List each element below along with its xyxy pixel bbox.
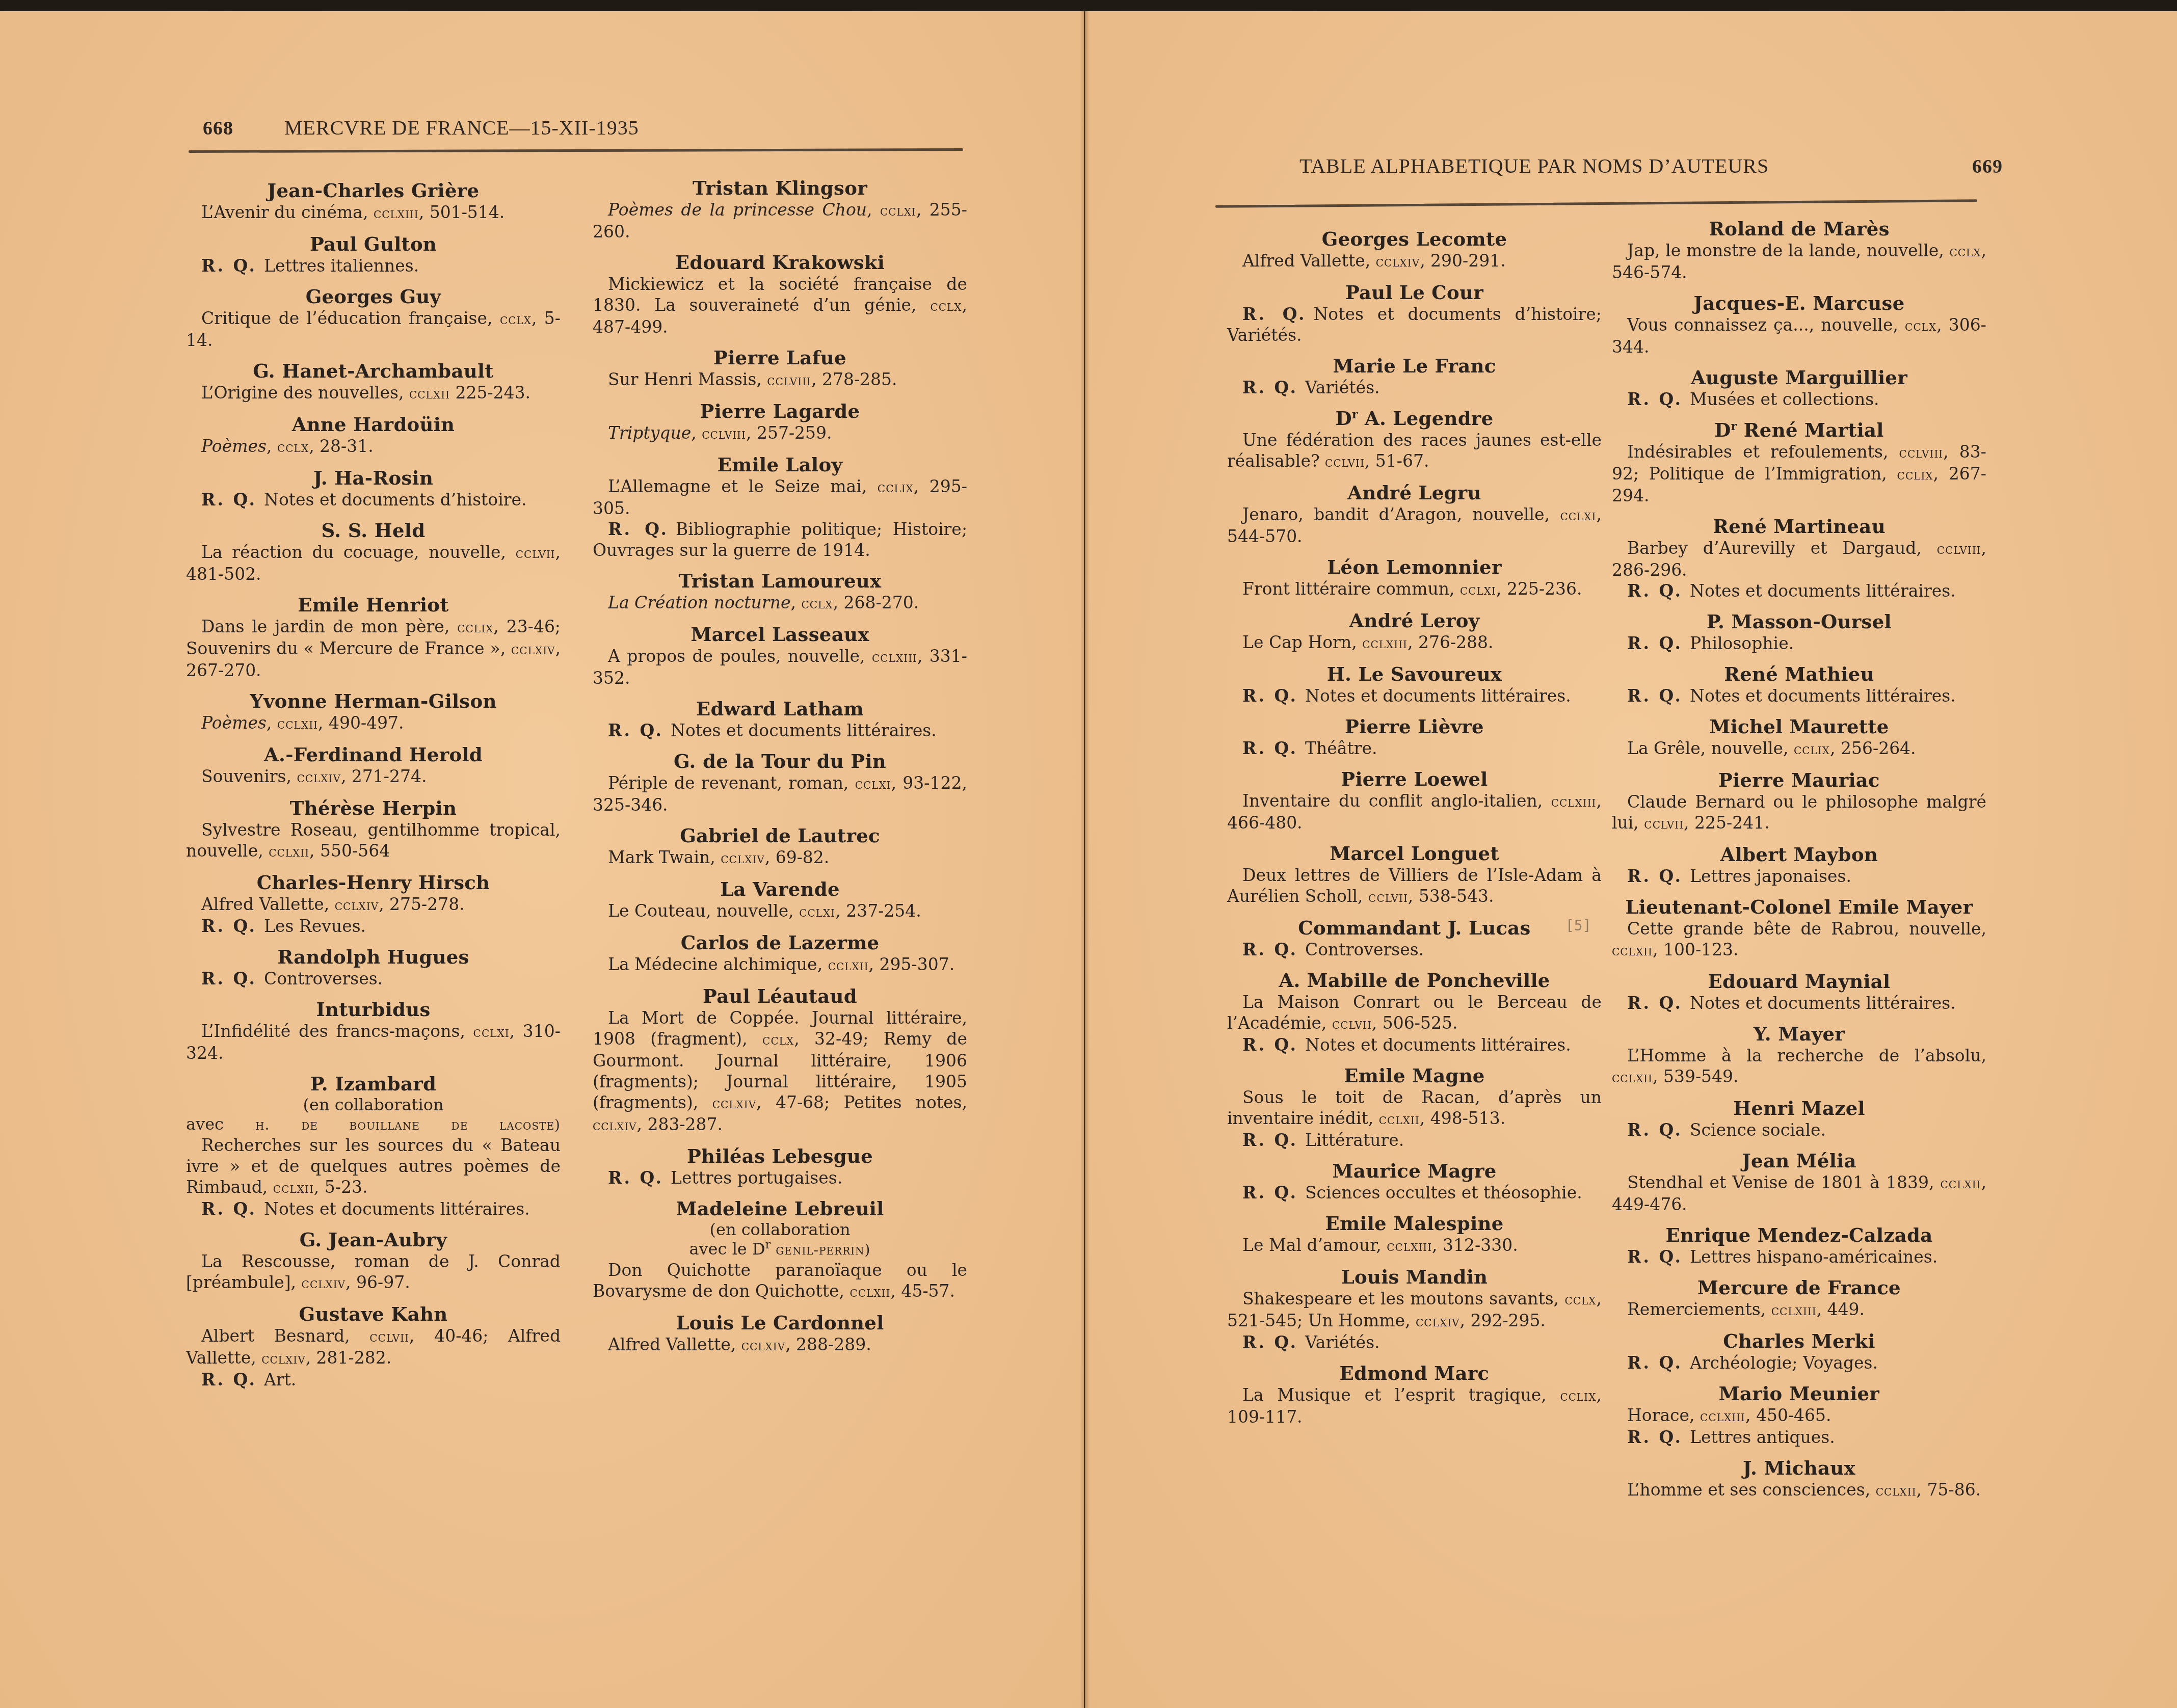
author-entry: InturbidusL’Infidélité des francs-maçons… bbox=[186, 998, 561, 1063]
volume-number: cclxi bbox=[473, 1024, 510, 1040]
volume-number: cclxiii bbox=[872, 649, 917, 665]
volume-number: cclviii bbox=[767, 372, 811, 389]
author-entry: Marie Le FrancR. Q.Variétés. bbox=[1227, 355, 1602, 398]
author-entry: Edouard MaynialR. Q.Notes et documents l… bbox=[1612, 970, 1986, 1013]
author-name: G. Jean-Aubry bbox=[186, 1229, 561, 1251]
author-name: Charles Merki bbox=[1612, 1330, 1986, 1352]
author-entry: Gabriel de LautrecMark Twain, cclxiv, 69… bbox=[593, 824, 967, 869]
author-name: Albert Maybon bbox=[1612, 843, 1986, 866]
rubrique-reference: R. Q.Sciences occultes et théosophie. bbox=[1227, 1182, 1602, 1203]
volume-number: cclxiii bbox=[1387, 1238, 1432, 1255]
article-reference: L’homme et ses consciences, cclxii, 75-8… bbox=[1612, 1479, 1986, 1501]
author-name: Pierre Lièvre bbox=[1227, 715, 1602, 738]
article-reference: La Maison Conrart ou le Berceau de l’Aca… bbox=[1227, 992, 1602, 1034]
volume-number: cclx bbox=[1564, 1291, 1596, 1308]
article-reference: Poèmes, cclx, 28-31. bbox=[186, 436, 561, 458]
rubrique-reference: R. Q.Musées et collections. bbox=[1612, 389, 1986, 410]
author-name: Dr René Martial bbox=[1612, 419, 1986, 441]
rq-label: R. Q. bbox=[201, 1199, 257, 1219]
index-column: Georges LecomteAlfred Vallette, cclxiv, … bbox=[1227, 228, 1602, 1436]
article-reference: La Médecine alchimique, cclxii, 295-307. bbox=[593, 954, 967, 976]
volume-number: cclxiv bbox=[1376, 253, 1420, 270]
volume-number: cclix bbox=[878, 479, 914, 496]
rq-label: R. Q. bbox=[1627, 389, 1683, 409]
author-entry: Anne HardoüinPoèmes, cclx, 28-31. bbox=[186, 413, 561, 458]
rubrique-reference: R. Q.Archéologie; Voyages. bbox=[1612, 1352, 1986, 1373]
author-name: Michel Maurette bbox=[1612, 715, 1986, 738]
article-reference: Triptyque, cclviii, 257-259. bbox=[593, 422, 967, 444]
rubrique-reference: R. Q.Notes et documents littéraires. bbox=[1612, 580, 1986, 601]
volume-number: cclvii bbox=[1325, 453, 1365, 470]
volume-number: cclxiv bbox=[302, 1275, 346, 1292]
volume-number: cclvii bbox=[516, 545, 555, 562]
running-title: MERCVRE DE FRANCE—15-XII-1935 bbox=[284, 116, 962, 140]
rubrique-reference: R. Q.Philosophie. bbox=[1612, 633, 1986, 654]
author-entry: J. Ha-RosinR. Q.Notes et documents d’his… bbox=[186, 467, 561, 510]
author-entry: Emile MalespineLe Mal d’amour, cclxiii, … bbox=[1227, 1212, 1602, 1257]
author-entry: Pierre LoewelInventaire du conflit anglo… bbox=[1227, 768, 1602, 833]
author-entry: Léon LemonnierFront littéraire commun, c… bbox=[1227, 556, 1602, 600]
article-reference: Inventaire du conflit anglo-italien, ccl… bbox=[1227, 790, 1602, 833]
author-entry: Edward LathamR. Q.Notes et documents lit… bbox=[593, 698, 967, 741]
article-reference: L’Homme à la recherche de l’absolu, cclx… bbox=[1612, 1045, 1986, 1088]
rq-label: R. Q. bbox=[1242, 1035, 1298, 1055]
rubrique-reference: R. Q.Notes et documents d’histoire; Vari… bbox=[1227, 304, 1602, 345]
rubrique-reference: R. Q.Lettres hispano-américaines. bbox=[1612, 1246, 1986, 1267]
author-name: Tristan Lamoureux bbox=[593, 570, 967, 592]
author-name: Emile Laloy bbox=[593, 453, 967, 476]
volume-number: cclx bbox=[930, 298, 962, 314]
volume-number: cclxiv bbox=[261, 1350, 305, 1367]
author-entry: Marcel LonguetDeux lettres de Villiers d… bbox=[1227, 842, 1602, 908]
volume-number: cclx bbox=[801, 595, 833, 612]
rubrique-reference: R. Q.Lettres portugaises. bbox=[593, 1167, 967, 1188]
author-name: J. Michaux bbox=[1612, 1457, 1986, 1479]
article-reference: Stendhal et Venise de 1801 à 1839, cclxi… bbox=[1612, 1172, 1986, 1215]
volume-number: cclx bbox=[1949, 243, 1981, 260]
article-reference: Barbey d’Aurevilly et Dargaud, cclviii, … bbox=[1612, 538, 1986, 580]
article-reference: Poèmes de la princesse Chou, cclxi, 255-… bbox=[593, 199, 967, 242]
author-entry: Randolph HuguesR. Q.Controverses. bbox=[186, 946, 561, 989]
author-name: Edouard Maynial bbox=[1612, 970, 1986, 993]
article-reference: La Grêle, nouvelle, cclix, 256-264. bbox=[1612, 738, 1986, 760]
article-reference: Une fédération des races jaunes est-elle… bbox=[1227, 430, 1602, 472]
volume-number: cclxi bbox=[799, 903, 835, 920]
author-name: Roland de Marès bbox=[1612, 218, 1986, 240]
volume-number: cclxii bbox=[277, 715, 318, 732]
author-name: Paul Léautaud bbox=[593, 985, 967, 1007]
volume-number: cclxii bbox=[273, 1180, 314, 1196]
author-name: Tristan Klingsor bbox=[593, 177, 967, 199]
volume-number: cclxiv bbox=[741, 1337, 785, 1354]
book-spread: 668 MERCVRE DE FRANCE—15-XII-1935 Jean-C… bbox=[0, 11, 2177, 1708]
volume-number: cclvii bbox=[1368, 889, 1408, 905]
article-reference: Shakespeare et les moutons savants, cclx… bbox=[1227, 1288, 1602, 1332]
rubrique-reference: R. Q.Art. bbox=[186, 1369, 561, 1390]
volume-number: cclxiv bbox=[712, 1095, 756, 1112]
rubrique-reference: R. Q.Notes et documents littéraires. bbox=[1227, 1034, 1602, 1055]
article-reference: L’Allemagne et le Seize mai, cclix, 295-… bbox=[593, 476, 967, 519]
volume-number: cclxi bbox=[880, 202, 916, 219]
index-column: Roland de MarèsJap, le monstre de la lan… bbox=[1612, 218, 1986, 1510]
article-reference: A propos de poules, nouvelle, cclxiii, 3… bbox=[593, 646, 967, 688]
article-reference: Claude Bernard ou le philosophe malgré l… bbox=[1612, 791, 1986, 834]
author-name: Mercure de France bbox=[1612, 1276, 1986, 1299]
page-number: 668 bbox=[203, 117, 233, 140]
author-entry: H. Le SavoureuxR. Q.Notes et documents l… bbox=[1227, 663, 1602, 706]
author-entry: Madeleine Lebreuil(en collaborationavec … bbox=[593, 1197, 967, 1302]
work-title: Poèmes bbox=[201, 436, 267, 456]
article-reference: Vous connaissez ça..., nouvelle, cclx, 3… bbox=[1612, 314, 1986, 357]
author-entry: Tristan KlingsorPoèmes de la princesse C… bbox=[593, 177, 967, 242]
author-entry: Georges LecomteAlfred Vallette, cclxiv, … bbox=[1227, 228, 1602, 272]
author-entry: A.-Ferdinand HeroldSouvenirs, cclxiv, 27… bbox=[186, 743, 561, 788]
volume-number: cclix bbox=[1794, 741, 1830, 758]
book-gutter bbox=[1080, 11, 1090, 1708]
article-reference: Albert Besnard, cclvii, 40-46; Alfred Va… bbox=[186, 1325, 561, 1369]
author-name: Gabriel de Lautrec bbox=[593, 824, 967, 847]
author-entry: Yvonne Herman-GilsonPoèmes, cclxii, 490-… bbox=[186, 690, 561, 734]
rq-label: R. Q. bbox=[608, 720, 663, 740]
author-name: René Mathieu bbox=[1612, 663, 1986, 685]
volume-number: cclxi bbox=[1560, 507, 1596, 524]
author-entry: Philéas LebesgueR. Q.Lettres portugaises… bbox=[593, 1145, 967, 1188]
author-entry: Tristan LamoureuxLa Création nocturne, c… bbox=[593, 570, 967, 614]
author-entry: Pierre LafueSur Henri Massis, cclviii, 2… bbox=[593, 346, 967, 391]
author-name: S. S. Held bbox=[186, 519, 561, 542]
rq-label: R. Q. bbox=[1627, 581, 1683, 601]
volume-number: cclxiii bbox=[1551, 793, 1597, 810]
article-reference: Critique de l’éducation française, cclx,… bbox=[186, 308, 561, 351]
article-reference: Front littéraire commun, cclxi, 225-236. bbox=[1227, 578, 1602, 600]
author-name: A. Mabille de Poncheville bbox=[1227, 969, 1602, 992]
work-title: La Création nocturne bbox=[608, 593, 790, 612]
author-entry: Dr René MartialIndésirables et refouleme… bbox=[1612, 419, 1986, 506]
rubrique-reference: R. Q.Notes et documents littéraires. bbox=[1612, 993, 1986, 1013]
rq-label: R. Q. bbox=[1242, 1130, 1298, 1150]
author-entry: Lieutenant-Colonel Emile MayerCette gran… bbox=[1612, 896, 1986, 961]
author-entry: Dr A. LegendreUne fédération des races j… bbox=[1227, 407, 1602, 472]
author-name: Paul Gulton bbox=[186, 233, 561, 255]
rq-label: R. Q. bbox=[1627, 1247, 1683, 1267]
author-name: Léon Lemonnier bbox=[1227, 556, 1602, 578]
volume-number: cclxi bbox=[855, 776, 891, 792]
article-reference: L’Avenir du cinéma, cclxiii, 501-514. bbox=[186, 202, 561, 224]
author-entry: André LegruJenaro, bandit d’Aragon, nouv… bbox=[1227, 482, 1602, 547]
rq-label: R. Q. bbox=[1627, 866, 1683, 886]
author-name: Marcel Longuet bbox=[1227, 842, 1602, 865]
article-reference: Alfred Vallette, cclxiv, 290-291. bbox=[1227, 250, 1602, 272]
volume-number: cclix bbox=[1560, 1387, 1596, 1404]
volume-number: cclxiv bbox=[511, 641, 555, 658]
author-name: Henri Mazel bbox=[1612, 1097, 1986, 1119]
author-name: Jacques-E. Marcuse bbox=[1612, 292, 1986, 314]
author-entry: René MartineauBarbey d’Aurevilly et Darg… bbox=[1612, 515, 1986, 601]
rq-label: R. Q. bbox=[1627, 993, 1683, 1013]
running-title: TABLE ALPHABETIQUE PAR NOMS D’AUTEURS bbox=[1299, 154, 1972, 178]
author-entry: René MathieuR. Q.Notes et documents litt… bbox=[1612, 663, 1986, 706]
volume-number: cclx bbox=[277, 439, 309, 456]
author-name: G. de la Tour du Pin bbox=[593, 750, 967, 772]
author-name: Enrique Mendez-Calzada bbox=[1612, 1224, 1986, 1246]
article-reference: Alfred Vallette, cclxiv, 275-278. bbox=[186, 894, 561, 916]
rq-label: R. Q. bbox=[1242, 940, 1298, 959]
author-entry: Enrique Mendez-CalzadaR. Q.Lettres hispa… bbox=[1612, 1224, 1986, 1267]
rq-label: R. Q. bbox=[1242, 1332, 1298, 1352]
author-name: P. Izambard bbox=[186, 1073, 561, 1095]
author-name: André Legru bbox=[1227, 482, 1602, 504]
rubrique-reference: R. Q.Les Revues. bbox=[186, 916, 561, 937]
volume-number: cclviii bbox=[1937, 541, 1981, 557]
article-reference: Don Quichotte paranoïaque ou le Bovarysm… bbox=[593, 1260, 967, 1302]
author-entry: Jacques-E. MarcuseVous connaissez ça...,… bbox=[1612, 292, 1986, 357]
author-entry: Edmond MarcLa Musique et l’esprit tragiq… bbox=[1227, 1362, 1602, 1427]
volume-number: cclxii bbox=[849, 1284, 890, 1300]
author-entry: Pierre LièvreR. Q.Théâtre. bbox=[1227, 715, 1602, 759]
author-name: Randolph Hugues bbox=[186, 946, 561, 968]
author-name: Thérèse Herpin bbox=[186, 797, 561, 819]
author-entry: Jean-Charles GrièreL’Avenir du cinéma, c… bbox=[186, 179, 561, 224]
article-reference: Mickiewicz et la société française de 18… bbox=[593, 274, 967, 337]
author-entry: Paul LéautaudLa Mort de Coppée. Journal … bbox=[593, 985, 967, 1136]
rq-label: R. Q. bbox=[1242, 686, 1298, 706]
volume-number: cclxi bbox=[1460, 581, 1496, 598]
work-title: Poèmes bbox=[201, 713, 267, 733]
author-entry: Marcel LasseauxA propos de poules, nouve… bbox=[593, 623, 967, 688]
volume-number: cclxiii bbox=[1771, 1302, 1817, 1319]
volume-number: cclxiii bbox=[1362, 635, 1408, 652]
author-entry: Emile MagneSous le toit de Racan, d’aprè… bbox=[1227, 1064, 1602, 1151]
volume-number: cclxiii bbox=[1700, 1408, 1745, 1425]
author-entry: Roland de MarèsJap, le monstre de la lan… bbox=[1612, 218, 1986, 283]
author-name: Georges Lecomte bbox=[1227, 228, 1602, 250]
author-name: Mario Meunier bbox=[1612, 1382, 1986, 1405]
author-name: Emile Malespine bbox=[1227, 1212, 1602, 1235]
author-name: Auguste Marguillier bbox=[1612, 366, 1986, 389]
author-entry: Paul GultonR. Q.Lettres italiennes. bbox=[186, 233, 561, 276]
volume-number: cclxii bbox=[269, 843, 309, 860]
rq-label: R. Q. bbox=[201, 916, 257, 936]
rubrique-reference: R. Q.Théâtre. bbox=[1227, 738, 1602, 759]
volume-number: cclxii bbox=[828, 957, 869, 974]
rubrique-reference: R. Q.Notes et documents littéraires. bbox=[593, 720, 967, 741]
volume-number: cclvii bbox=[1332, 1016, 1372, 1032]
volume-number: cclviii bbox=[1899, 444, 1944, 461]
author-name: Yvonne Herman-Gilson bbox=[186, 690, 561, 712]
author-name: Edward Latham bbox=[593, 698, 967, 720]
volume-number: cclviii bbox=[702, 425, 746, 442]
author-entry: Y. MayerL’Homme à la recherche de l’abso… bbox=[1612, 1023, 1986, 1088]
author-entry: Louis Le CardonnelAlfred Vallette, cclxi… bbox=[593, 1312, 967, 1356]
volume-number: cclxii bbox=[1941, 1175, 1981, 1192]
article-reference: Le Couteau, nouvelle, cclxi, 237-254. bbox=[593, 900, 967, 922]
article-reference: Recherches sur les sources du « Bateau i… bbox=[186, 1135, 561, 1198]
author-entry: Emile HenriotDans le jardin de mon père,… bbox=[186, 594, 561, 681]
author-name: Jean Mélia bbox=[1612, 1150, 1986, 1172]
article-reference: Deux lettres de Villiers de l’Isle-Adam … bbox=[1227, 865, 1602, 908]
collaboration-note: (en collaboration bbox=[186, 1095, 561, 1114]
article-reference: Périple de revenant, roman, cclxi, 93-12… bbox=[593, 772, 967, 815]
article-reference: La Mort de Coppée. Journal littéraire, 1… bbox=[593, 1007, 967, 1136]
article-reference: Dans le jardin de mon père, cclix, 23-46… bbox=[186, 616, 561, 681]
author-entry: Carlos de LazermeLa Médecine alchimique,… bbox=[593, 931, 967, 976]
author-entry: Commandant J. LucasR. Q.Controverses. bbox=[1227, 917, 1602, 960]
volume-number: cclxii bbox=[1876, 1482, 1917, 1499]
volume-number: cclxii bbox=[1612, 942, 1653, 959]
author-name: G. Hanet-Archambault bbox=[186, 360, 561, 382]
article-reference: La Rescousse, roman de J. Conrad [préamb… bbox=[186, 1251, 561, 1294]
author-entry: Charles-Henry HirschAlfred Vallette, ccl… bbox=[186, 871, 561, 937]
article-reference: Le Mal d’amour, cclxiii, 312-330. bbox=[1227, 1235, 1602, 1257]
rq-label: R. Q. bbox=[1627, 686, 1683, 706]
handwritten-margin-mark: [5] bbox=[1565, 917, 1591, 934]
article-reference: Cette grande bête de Rabrou, nouvelle, c… bbox=[1612, 918, 1986, 961]
running-header-left: 668 MERCVRE DE FRANCE—15-XII-1935 bbox=[203, 116, 962, 140]
author-name: Georges Guy bbox=[186, 285, 561, 308]
header-rule bbox=[189, 148, 963, 153]
volume-number: cclx bbox=[500, 311, 532, 328]
volume-number: cclxiv bbox=[297, 769, 340, 786]
rq-label: R. Q. bbox=[1627, 633, 1683, 653]
rubrique-reference: R. Q.Lettres japonaises. bbox=[1612, 866, 1986, 887]
author-name: Edmond Marc bbox=[1227, 1362, 1602, 1384]
author-name: Pierre Lagarde bbox=[593, 400, 967, 422]
index-column: Tristan KlingsorPoèmes de la princesse C… bbox=[593, 177, 967, 1365]
author-name: Anne Hardoüin bbox=[186, 413, 561, 436]
author-entry: P. Izambard(en collaborationavec h. de b… bbox=[186, 1073, 561, 1219]
volume-number: cclx bbox=[1905, 317, 1936, 334]
author-entry: Emile LaloyL’Allemagne et le Seize mai, … bbox=[593, 453, 967, 561]
author-entry: G. Jean-AubryLa Rescousse, roman de J. C… bbox=[186, 1229, 561, 1294]
rubrique-reference: R. Q.Notes et documents littéraires. bbox=[1227, 685, 1602, 706]
article-reference: Poèmes, cclxii, 490-497. bbox=[186, 712, 561, 734]
rubrique-reference: R. Q.Littérature. bbox=[1227, 1130, 1602, 1151]
article-reference: Horace, cclxiii, 450-465. bbox=[1612, 1405, 1986, 1427]
rq-label: R. Q. bbox=[1242, 378, 1298, 397]
rq-label: R. Q. bbox=[608, 519, 669, 539]
author-name: Commandant J. Lucas bbox=[1227, 917, 1602, 939]
author-entry: Georges GuyCritique de l’éducation franç… bbox=[186, 285, 561, 351]
volume-number: cclxii bbox=[1612, 1069, 1653, 1086]
running-header-right: TABLE ALPHABETIQUE PAR NOMS D’AUTEURS 66… bbox=[1299, 154, 2003, 178]
header-rule bbox=[1215, 199, 1977, 208]
author-entry: Edouard KrakowskiMickiewicz et la sociét… bbox=[593, 251, 967, 337]
author-name: Marie Le Franc bbox=[1227, 355, 1602, 377]
article-reference: Le Cap Horn, cclxiii, 276-288. bbox=[1227, 632, 1602, 654]
rubrique-reference: R. Q.Notes et documents littéraires. bbox=[1612, 685, 1986, 706]
author-name: André Leroy bbox=[1227, 609, 1602, 632]
author-entry: Paul Le CourR. Q.Notes et documents d’hi… bbox=[1227, 281, 1602, 345]
rubrique-reference: R. Q.Notes et documents littéraires. bbox=[186, 1198, 561, 1219]
author-name: Pierre Mauriac bbox=[1612, 769, 1986, 791]
author-entry: S. S. HeldLa réaction du cocuage, nouvel… bbox=[186, 519, 561, 584]
author-name: Gustave Kahn bbox=[186, 1303, 561, 1325]
rq-label: R. Q. bbox=[608, 1168, 663, 1188]
volume-number: cclxiii bbox=[374, 205, 419, 222]
article-reference: Sylvestre Roseau, gentilhomme tropical, … bbox=[186, 819, 561, 862]
rq-label: R. Q. bbox=[201, 256, 257, 276]
author-entry: Thérèse HerpinSylvestre Roseau, gentilho… bbox=[186, 797, 561, 862]
volume-number: cclxiv bbox=[593, 1117, 636, 1134]
article-reference: Jap, le monstre de la lande, nouvelle, c… bbox=[1612, 240, 1986, 283]
author-entry: Mario MeunierHorace, cclxiii, 450-465.R.… bbox=[1612, 1382, 1986, 1448]
author-entry: Maurice MagreR. Q.Sciences occultes et t… bbox=[1227, 1160, 1602, 1203]
volume-number: cclxiv bbox=[721, 850, 764, 867]
rubrique-reference: R. Q.Controverses. bbox=[1227, 939, 1602, 960]
work-title: Poèmes de la princesse Chou bbox=[608, 200, 867, 220]
article-reference: Alfred Vallette, cclxiv, 288-289. bbox=[593, 1334, 967, 1356]
author-name: Paul Le Cour bbox=[1227, 281, 1602, 304]
work-title: Triptyque bbox=[608, 423, 691, 443]
article-reference: Jenaro, bandit d’Aragon, nouvelle, cclxi… bbox=[1227, 504, 1602, 547]
article-reference: L’Infidélité des francs-maçons, cclxi, 3… bbox=[186, 1021, 561, 1063]
author-name: Pierre Lafue bbox=[593, 346, 967, 369]
author-name: P. Masson-Oursel bbox=[1612, 610, 1986, 633]
author-name: Emile Magne bbox=[1227, 1064, 1602, 1087]
author-entry: J. MichauxL’homme et ses consciences, cc… bbox=[1612, 1457, 1986, 1501]
author-entry: Auguste MarguillierR. Q.Musées et collec… bbox=[1612, 366, 1986, 410]
volume-number: cclvii bbox=[369, 1328, 409, 1345]
article-reference: La Musique et l’esprit tragique, cclix, … bbox=[1227, 1384, 1602, 1427]
article-reference: Remerciements, cclxiii, 449. bbox=[1612, 1299, 1986, 1321]
rubrique-reference: R. Q.Science sociale. bbox=[1612, 1119, 1986, 1140]
author-name: La Varende bbox=[593, 878, 967, 900]
collaborator-name: avec h. de bouillane de lacoste) bbox=[186, 1114, 561, 1135]
author-name: Charles-Henry Hirsch bbox=[186, 871, 561, 894]
article-reference: La réaction du cocuage, nouvelle, cclvii… bbox=[186, 542, 561, 584]
author-name: J. Ha-Rosin bbox=[186, 467, 561, 489]
article-reference: Sous le toit de Racan, d’après un invent… bbox=[1227, 1087, 1602, 1130]
article-reference: L’Origine des nouvelles, cclxii 225-243. bbox=[186, 382, 561, 404]
rq-label: R. Q. bbox=[201, 1370, 257, 1390]
article-reference: Souvenirs, cclxiv, 271-274. bbox=[186, 766, 561, 788]
author-name: Carlos de Lazerme bbox=[593, 931, 967, 954]
author-name: Inturbidus bbox=[186, 998, 561, 1021]
author-name: Emile Henriot bbox=[186, 594, 561, 616]
author-name: René Martineau bbox=[1612, 515, 1986, 538]
rq-label: R. Q. bbox=[1242, 1183, 1298, 1203]
volume-number: cclix bbox=[457, 619, 493, 636]
author-name: Y. Mayer bbox=[1612, 1023, 1986, 1045]
rubrique-reference: R. Q.Variétés. bbox=[1227, 1332, 1602, 1353]
rubrique-reference: R. Q.Variétés. bbox=[1227, 377, 1602, 398]
author-entry: Gustave KahnAlbert Besnard, cclvii, 40-4… bbox=[186, 1303, 561, 1390]
author-name: A.-Ferdinand Herold bbox=[186, 743, 561, 766]
author-entry: Pierre MauriacClaude Bernard ou le philo… bbox=[1612, 769, 1986, 834]
author-name: Marcel Lasseaux bbox=[593, 623, 967, 646]
volume-number: cclxiv bbox=[1416, 1313, 1459, 1330]
author-entry: Charles MerkiR. Q.Archéologie; Voyages. bbox=[1612, 1330, 1986, 1373]
rq-label: R. Q. bbox=[1242, 304, 1306, 324]
page-669: TABLE ALPHABETIQUE PAR NOMS D’AUTEURS 66… bbox=[1085, 11, 2177, 1708]
rq-label: R. Q. bbox=[201, 969, 257, 989]
rubrique-reference: R. Q.Lettres italiennes. bbox=[186, 255, 561, 276]
author-entry: Albert MaybonR. Q.Lettres japonaises. bbox=[1612, 843, 1986, 887]
article-reference: Indésirables et refoulements, cclviii, 8… bbox=[1612, 441, 1986, 506]
author-name: Dr A. Legendre bbox=[1227, 407, 1602, 430]
scan-background bbox=[0, 0, 2177, 11]
index-column: Jean-Charles GrièreL’Avenir du cinéma, c… bbox=[186, 179, 561, 1399]
author-entry: Henri MazelR. Q.Science sociale. bbox=[1612, 1097, 1986, 1140]
rq-label: R. Q. bbox=[201, 490, 257, 510]
page-668: 668 MERCVRE DE FRANCE—15-XII-1935 Jean-C… bbox=[0, 11, 1084, 1708]
author-name: Philéas Lebesgue bbox=[593, 1145, 967, 1167]
author-name: Lieutenant-Colonel Emile Mayer bbox=[1612, 896, 1986, 918]
rubrique-reference: R. Q.Notes et documents d’histoire. bbox=[186, 489, 561, 510]
article-reference: Sur Henri Massis, cclviii, 278-285. bbox=[593, 369, 967, 391]
author-entry: Michel MauretteLa Grêle, nouvelle, cclix… bbox=[1612, 715, 1986, 760]
author-name: Jean-Charles Grière bbox=[186, 179, 561, 202]
